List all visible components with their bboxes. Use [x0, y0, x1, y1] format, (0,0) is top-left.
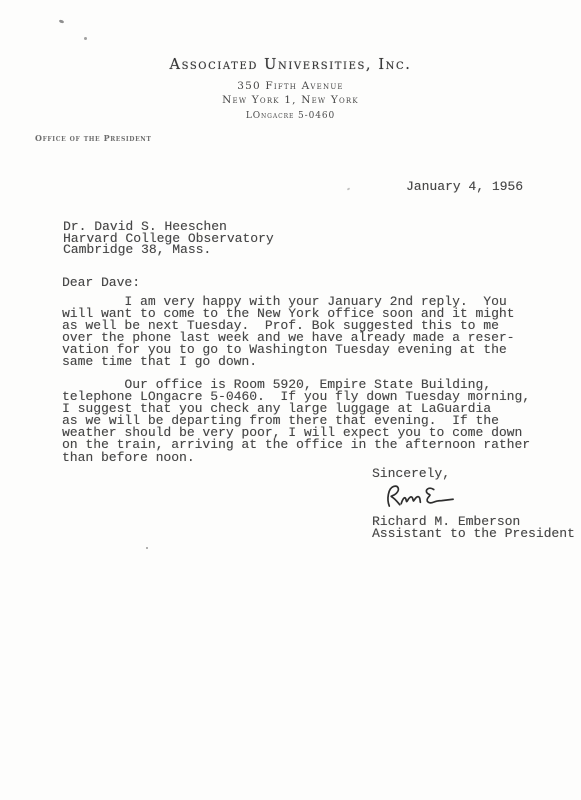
letterhead-street-address: 350 Fifth Avenue — [0, 80, 581, 93]
body-paragraph-1: I am very happy with your January 2nd re… — [62, 296, 514, 369]
salutation: Dear Dave: — [62, 277, 140, 289]
closing-sincerely: Sincerely, — [372, 468, 450, 480]
scan-speck — [59, 19, 65, 24]
letterhead-city-address: New York 1, New York — [0, 94, 581, 107]
letterhead-phone: LOngacre 5-0460 — [0, 110, 581, 122]
signer-title: Assistant to the President — [372, 528, 575, 540]
body-paragraph-2: Our office is Room 5920, Empire State Bu… — [62, 379, 530, 464]
scanned-letter-page: Associated Universities, Inc. 350 Fifth … — [0, 0, 581, 800]
scan-speck — [146, 547, 148, 549]
organization-name: Associated Universities, Inc. — [0, 58, 581, 73]
letter-date: January 4, 1956 — [406, 181, 523, 193]
scan-speck — [84, 37, 87, 40]
handwritten-signature-rme — [380, 480, 459, 515]
recipient-address-block: Dr. David S. Heeschen Harvard College Ob… — [63, 221, 274, 256]
scan-speck — [347, 187, 351, 190]
office-of-the-president-label: Office of the President — [35, 133, 151, 143]
letterhead: Associated Universities, Inc. 350 Fifth … — [0, 58, 581, 122]
